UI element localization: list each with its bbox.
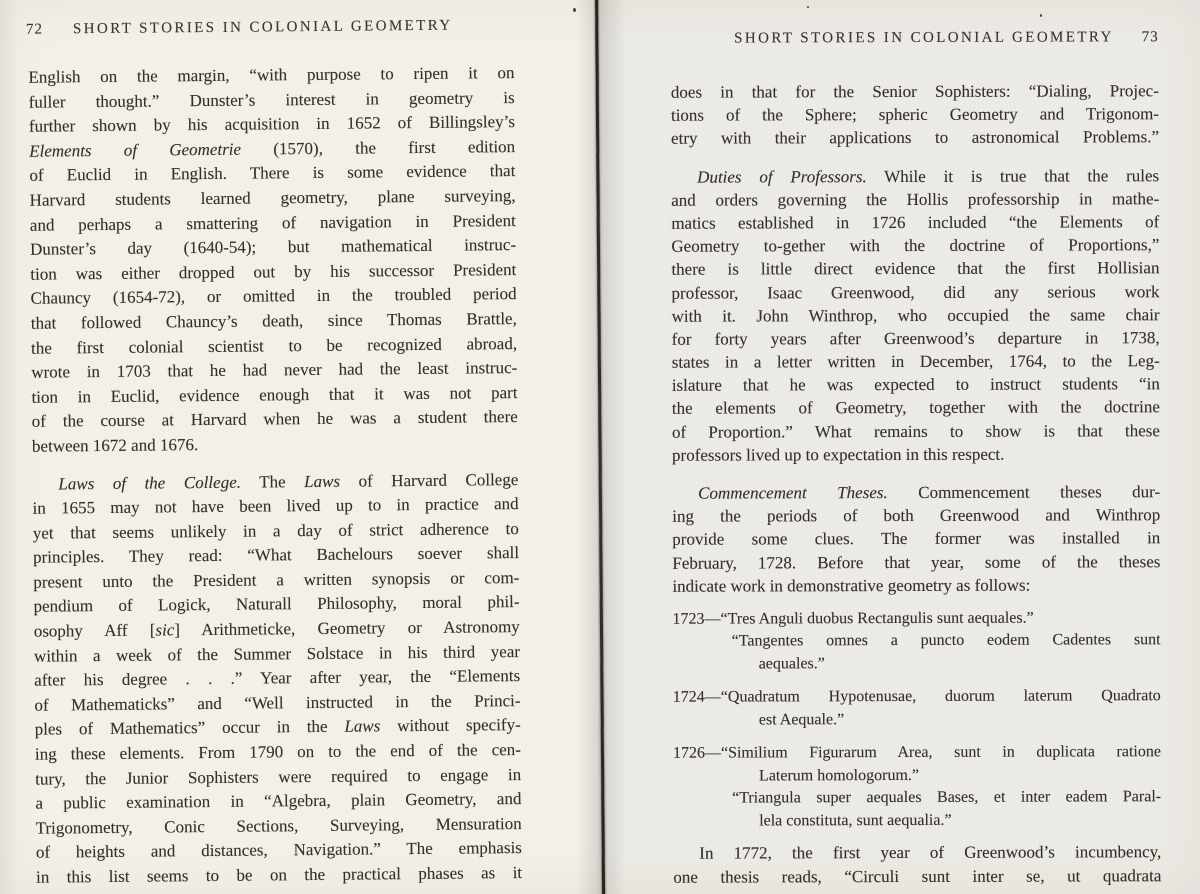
text-line: between 1672 and 1676.: [32, 430, 518, 459]
book-spread: { "document": { "kind": "scanned-book-sp…: [0, 0, 1200, 894]
scan-speck: [573, 8, 576, 12]
text-line: 1724—“Quadratum Hypotenusae, duorum late…: [673, 686, 1161, 710]
text-line: of Proportion.” What remains to show is …: [672, 419, 1160, 444]
text-line: 1723—“Tres Anguli duobus Rectangulis sun…: [673, 607, 1161, 631]
text-line: of the course at Harvard when he was a s…: [32, 405, 518, 434]
text-line: for forty years after Greenwood’s depart…: [672, 326, 1160, 351]
page-left-content: 72 SHORT STORIES IN COLONIAL GEOMETRY En…: [0, 0, 602, 894]
text-line: tions of the Sphere; spheric Geometry an…: [671, 102, 1159, 127]
text-line: one thesis reads, “Circuli sunt inter se…: [673, 864, 1161, 889]
text-line: states in a letter written in December, …: [672, 349, 1160, 374]
page-left: 72 SHORT STORIES IN COLONIAL GEOMETRY En…: [0, 0, 598, 894]
text-line: ing the periods of both Greenwood and Wi…: [672, 503, 1160, 528]
page-right-content: SHORT STORIES IN COLONIAL GEOMETRY 73 do…: [597, 0, 1200, 894]
text-line: Duties of Professors. While it is true t…: [671, 164, 1159, 189]
text-line: professor, Isaac Greenwood, did any seri…: [671, 280, 1159, 305]
running-head-left: 72 SHORT STORIES IN COLONIAL GEOMETRY: [26, 18, 453, 39]
text-line: est Aequale.”: [673, 708, 1161, 732]
page-number-left: 72: [26, 22, 43, 39]
running-title-left: SHORT STORIES IN COLONIAL GEOMETRY: [73, 18, 453, 39]
paragraph-laws-of-the-college: Laws of the College. The Laws of Harvard…: [32, 468, 522, 891]
text-line: and orders governing the Hollis professo…: [671, 187, 1159, 212]
page-number-right: 73: [1142, 29, 1159, 46]
text-line: matics established in 1726 included “the…: [671, 210, 1159, 235]
text-line: islature that he was expected to instruc…: [672, 372, 1160, 397]
page-right: SHORT STORIES IN COLONIAL GEOMETRY 73 do…: [598, 0, 1200, 894]
scan-speck: [807, 6, 809, 8]
text-line: there is little direct evidence that the…: [671, 256, 1159, 281]
paragraph-continuation: English on the margin, “with purpose to …: [28, 61, 518, 459]
page-body-left: English on the margin, “with purpose to …: [28, 61, 522, 890]
thesis-entry-1726: 1726—“Similium Figurarum Area, sunt in d…: [673, 742, 1161, 834]
scan-speck: [1040, 14, 1042, 17]
running-title-right: SHORT STORIES IN COLONIAL GEOMETRY: [734, 29, 1114, 47]
text-line: In 1772, the first year of Greenwood’s i…: [673, 841, 1161, 866]
paragraph-commencement-theses: Commencement Theses. Commencement theses…: [672, 480, 1160, 597]
running-head-right: SHORT STORIES IN COLONIAL GEOMETRY 73: [671, 29, 1159, 48]
text-line: “Triangula super aequales Bases, et inte…: [673, 787, 1161, 811]
paragraph-continuation: does in that for the Senior Sophisters: …: [671, 79, 1159, 150]
text-line: etry with their applications to astronom…: [671, 126, 1159, 151]
text-line: indicate work in demonstrative geometry …: [672, 573, 1160, 598]
text-line: Laterum homologorum.”: [673, 764, 1161, 788]
text-line: 1726—“Similium Figurarum Area, sunt in d…: [673, 742, 1161, 766]
text-line: lela constituta, sunt aequalia.”: [673, 809, 1161, 833]
text-line: provide some clues. The former was insta…: [672, 527, 1160, 552]
paragraph-in-1772: In 1772, the first year of Greenwood’s i…: [673, 841, 1161, 889]
text-line: the elements of Geometry, together with …: [672, 396, 1160, 421]
paragraph-duties-of-professors: Duties of Professors. While it is true t…: [671, 164, 1160, 467]
page-body-right: does in that for the Senior Sophisters: …: [671, 79, 1162, 888]
text-line: with it. John Winthrop, who occupied the…: [672, 303, 1160, 328]
text-line: “Tangentes omnes a puncto eodem Cadentes…: [673, 630, 1161, 654]
text-line: professors lived up to expectation in th…: [672, 442, 1160, 467]
text-line: in this list seems to be on the practica…: [36, 861, 522, 890]
text-line: Commencement Theses. Commencement theses…: [672, 480, 1160, 505]
thesis-entry-1723: 1723—“Tres Anguli duobus Rectangulis sun…: [673, 607, 1161, 676]
text-line: aequales.”: [673, 652, 1161, 676]
thesis-entry-1724: 1724—“Quadratum Hypotenusae, duorum late…: [673, 686, 1161, 733]
text-line: Geometry to-gether with the doctrine of …: [671, 233, 1159, 258]
text-line: February, 1728. Before that year, some o…: [672, 550, 1160, 575]
text-line: does in that for the Senior Sophisters: …: [671, 79, 1159, 104]
